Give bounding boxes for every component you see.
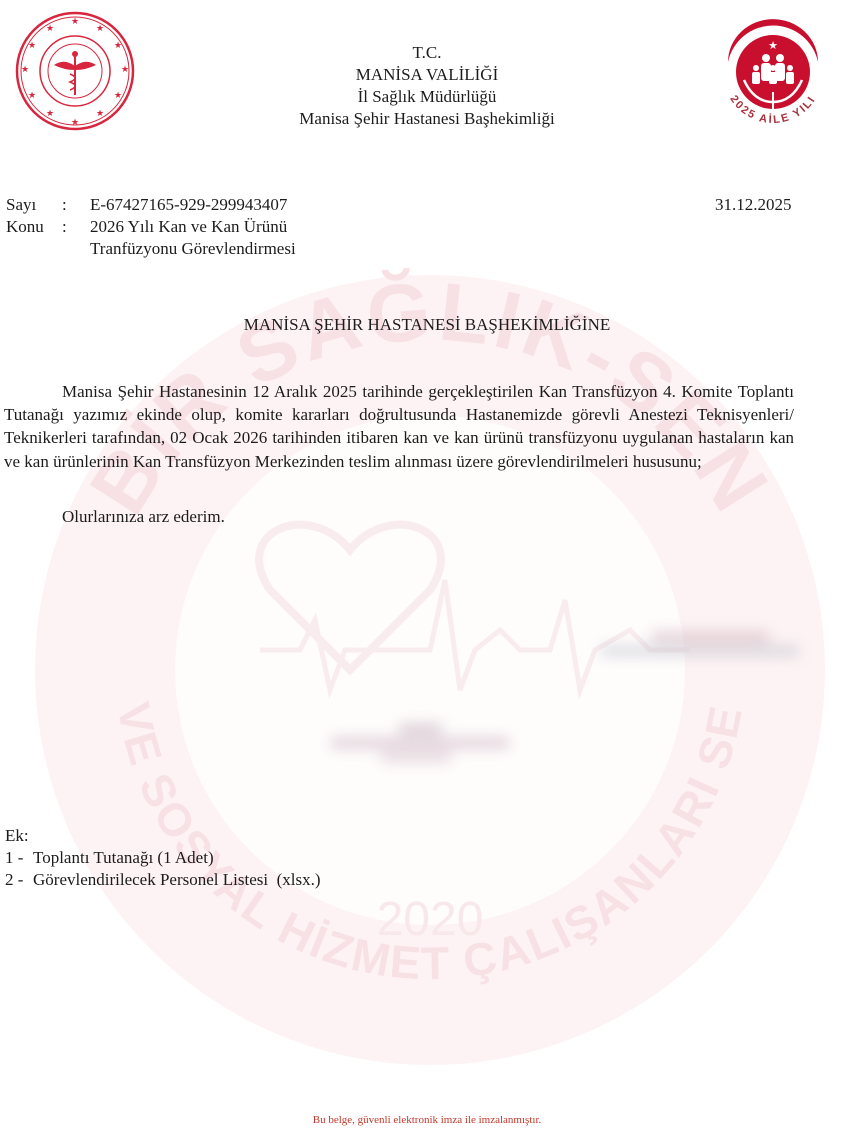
attachment-number: 2 - (5, 869, 33, 891)
konu-line-2: Tranfüzyonu Görevlendirmesi (90, 238, 296, 260)
svg-text:★: ★ (96, 23, 104, 33)
header-hospital: Manisa Şehir Hastanesi Başhekimliği (0, 108, 854, 130)
body-paragraph: Manisa Şehir Hastanesinin 12 Aralık 2025… (4, 380, 794, 473)
attachments: Ek: 1 - Toplantı Tutanağı (1 Adet) 2 - G… (5, 825, 321, 891)
attachments-title: Ek: (5, 825, 321, 847)
sayi-value: E-67427165-929-299943407 (90, 194, 287, 216)
attachment-text: Toplantı Tutanağı (1 Adet) (33, 847, 214, 869)
header-tc: T.C. (0, 42, 854, 64)
document-date: 31.12.2025 (715, 194, 792, 216)
sayi-row: Sayı : E-67427165-929-299943407 (6, 194, 296, 216)
attachment-item[interactable]: 2 - Görevlendirilecek Personel Listesi (… (5, 869, 321, 891)
closing-line: Olurlarınıza arz ederim. (62, 507, 225, 527)
konu-row: Konu : 2026 Yılı Kan ve Kan Ürünü Tranfü… (6, 216, 296, 260)
attachment-item[interactable]: 1 - Toplantı Tutanağı (1 Adet) (5, 847, 321, 869)
svg-text:2020: 2020 (377, 893, 484, 946)
document-meta: Sayı : E-67427165-929-299943407 Konu : 2… (6, 194, 296, 260)
konu-line-1: 2026 Yılı Kan ve Kan Ürünü (90, 216, 296, 238)
konu-value: 2026 Yılı Kan ve Kan Ürünü Tranfüzyonu G… (90, 216, 296, 260)
redacted-signature-1 (600, 628, 800, 668)
addressee: MANİSA ŞEHİR HASTANESİ BAŞHEKİMLİĞİNE (0, 315, 854, 335)
header-directorate: İl Sağlık Müdürlüğü (0, 86, 854, 108)
heart-icon (259, 525, 441, 670)
attachment-text: Görevlendirilecek Personel Listesi (xlsx… (33, 869, 321, 891)
sayi-colon: : (62, 194, 90, 216)
konu-label: Konu (6, 216, 62, 260)
svg-text:★: ★ (46, 23, 54, 33)
document-header: T.C. MANİSA VALİLİĞİ İl Sağlık Müdürlüğü… (0, 42, 854, 130)
header-governorship: MANİSA VALİLİĞİ (0, 64, 854, 86)
attachment-number: 1 - (5, 847, 33, 869)
konu-colon: : (62, 216, 90, 260)
e-signature-notice: Bu belge, güvenli elektronik imza ile im… (0, 1114, 854, 1126)
sayi-label: Sayı (6, 194, 62, 216)
body-text: Manisa Şehir Hastanesinin 12 Aralık 2025… (4, 380, 794, 473)
svg-text:★: ★ (71, 16, 79, 26)
redacted-signature-2 (330, 720, 510, 770)
